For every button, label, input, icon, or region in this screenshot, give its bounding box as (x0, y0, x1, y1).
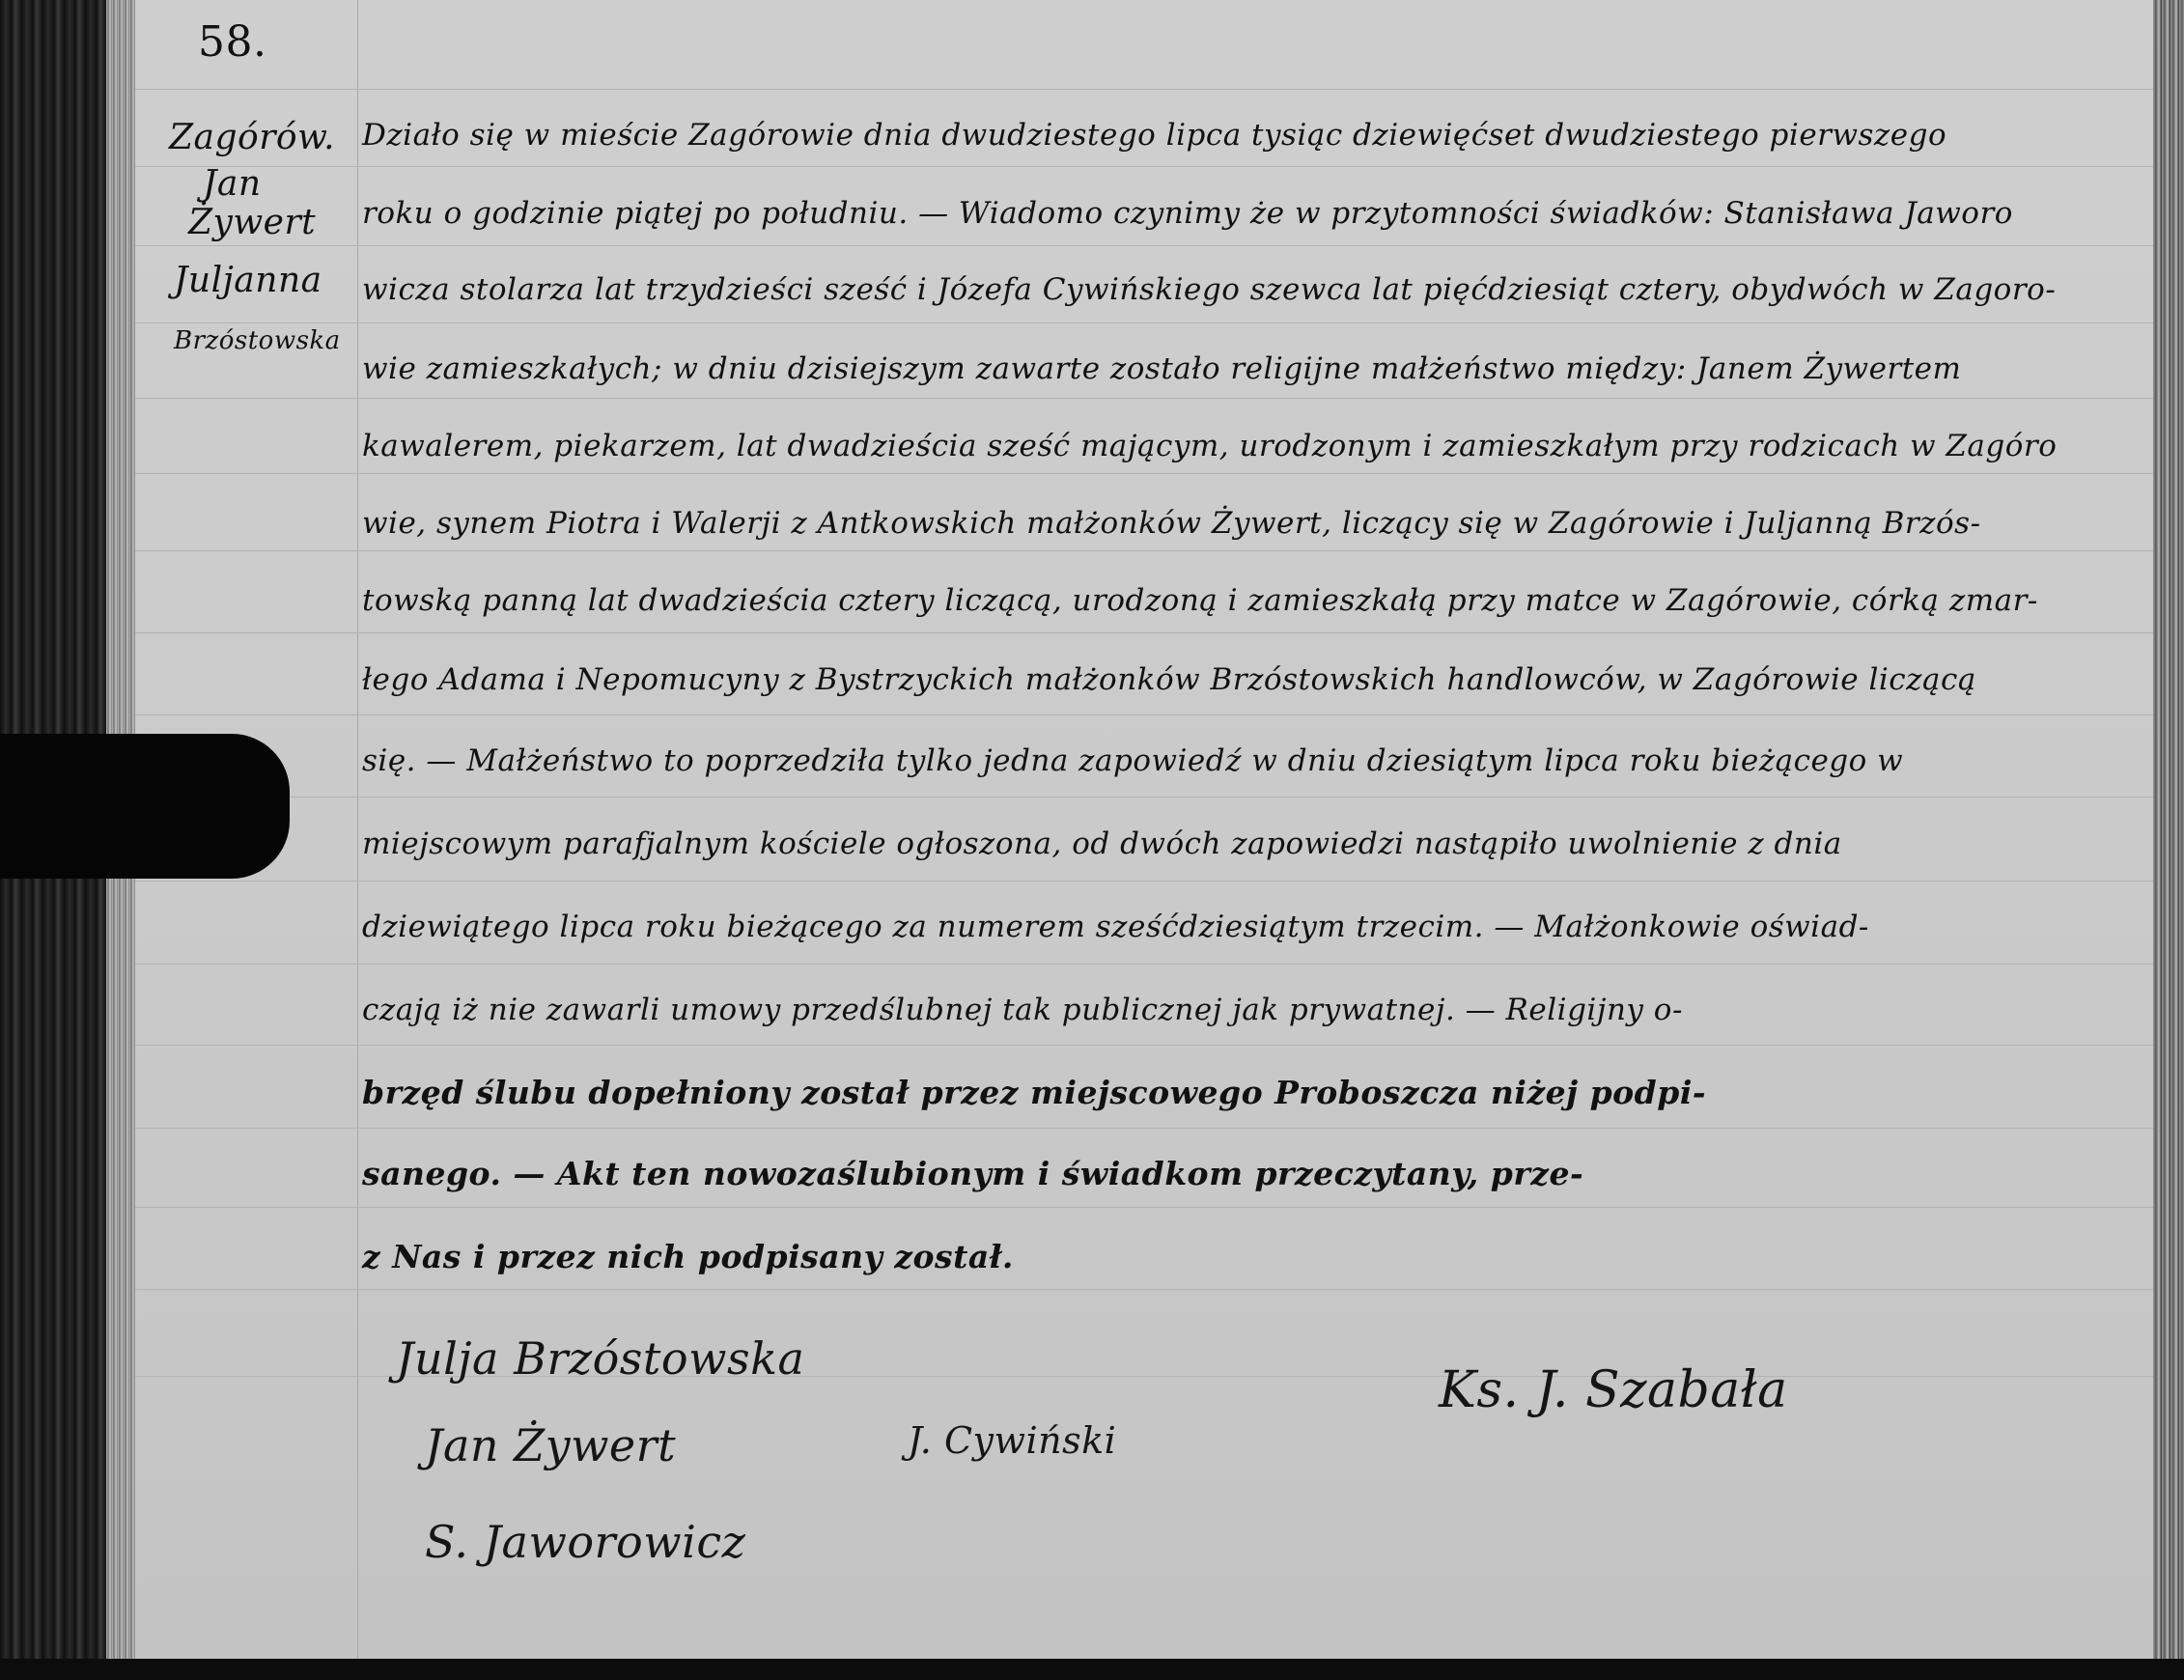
text-line-5: kawalerem, piekarzem, lat dwadzieścia sz… (362, 429, 2057, 463)
text-line-4: wie zamieszkałych; w dniu dzisiejszym za… (362, 351, 1961, 386)
text-line-7: towską panną lat dwadzieścia cztery licz… (362, 583, 2038, 618)
ruled-line (135, 550, 2153, 551)
margin-place: Zagórów. (169, 118, 335, 157)
ruled-line (135, 1045, 2153, 1046)
signature-groom: Jan Żywert (425, 1419, 676, 1471)
text-line-14: sanego. — Akt ten nowozaślubionym i świa… (362, 1155, 1583, 1192)
ruled-line (135, 632, 2153, 633)
margin-groom-surname: Żywert (188, 203, 316, 242)
ruled-line (135, 714, 2153, 715)
margin-groom-first: Jan (203, 164, 262, 204)
ruled-line (135, 89, 2153, 90)
page-bottom-edge (0, 1659, 2184, 1680)
ruled-line (135, 322, 2153, 323)
ruled-line (135, 1289, 2153, 1290)
margin-line (357, 0, 358, 1661)
text-line-10: miejscowym parafjalnym kościele ogłoszon… (362, 826, 1842, 861)
text-line-8: łego Adama i Nepomucyny z Bystrzyckich m… (362, 662, 1976, 697)
text-line-13: brzęd ślubu dopełniony został przez miej… (362, 1074, 1706, 1111)
text-line-2: roku o godzinie piątej po południu. — Wi… (362, 196, 2013, 231)
ruled-line (135, 245, 2153, 246)
register-page: 58. Zagórów. Jan Żywert Juljanna Brzósto… (135, 0, 2153, 1661)
ruled-line (135, 398, 2153, 399)
text-line-1: Działo się w mieście Zagórowie dnia dwud… (362, 118, 1946, 153)
text-line-3: wicza stolarza lat trzydzieści sześć i J… (362, 272, 2056, 307)
ruled-line (135, 881, 2153, 882)
text-line-9: się. — Małżeństwo to poprzedziła tylko j… (362, 743, 1903, 778)
text-line-6: wie, synem Piotra i Walerji z Antkowskic… (362, 506, 1981, 541)
ruled-line (135, 166, 2153, 167)
text-line-15: z Nas i przez nich podpisany został. (362, 1238, 1014, 1275)
entry-number: 58. (198, 17, 266, 67)
page-right-edge (2153, 0, 2184, 1680)
ruled-line (135, 473, 2153, 474)
text-line-11: dziewiątego lipca roku bieżącego za nume… (362, 910, 1869, 944)
text-line-12: czają iż nie zawarli umowy przedślubnej … (362, 993, 1683, 1027)
black-tab-marker (0, 734, 290, 879)
signature-bride: Julja Brzóstowska (396, 1332, 804, 1385)
signature-witness-2: S. Jaworowicz (425, 1516, 745, 1568)
signature-witness-1: J. Cywiński (908, 1419, 1116, 1462)
ruled-line (135, 964, 2153, 965)
signature-priest: Ks. J. Szabała (1439, 1361, 1788, 1419)
ruled-line (135, 797, 2153, 798)
ruled-line (135, 1207, 2153, 1208)
ruled-line (135, 1128, 2153, 1129)
margin-bride-first: Juljanna (174, 261, 322, 300)
margin-bride-surname: Brzóstowska (174, 326, 341, 355)
